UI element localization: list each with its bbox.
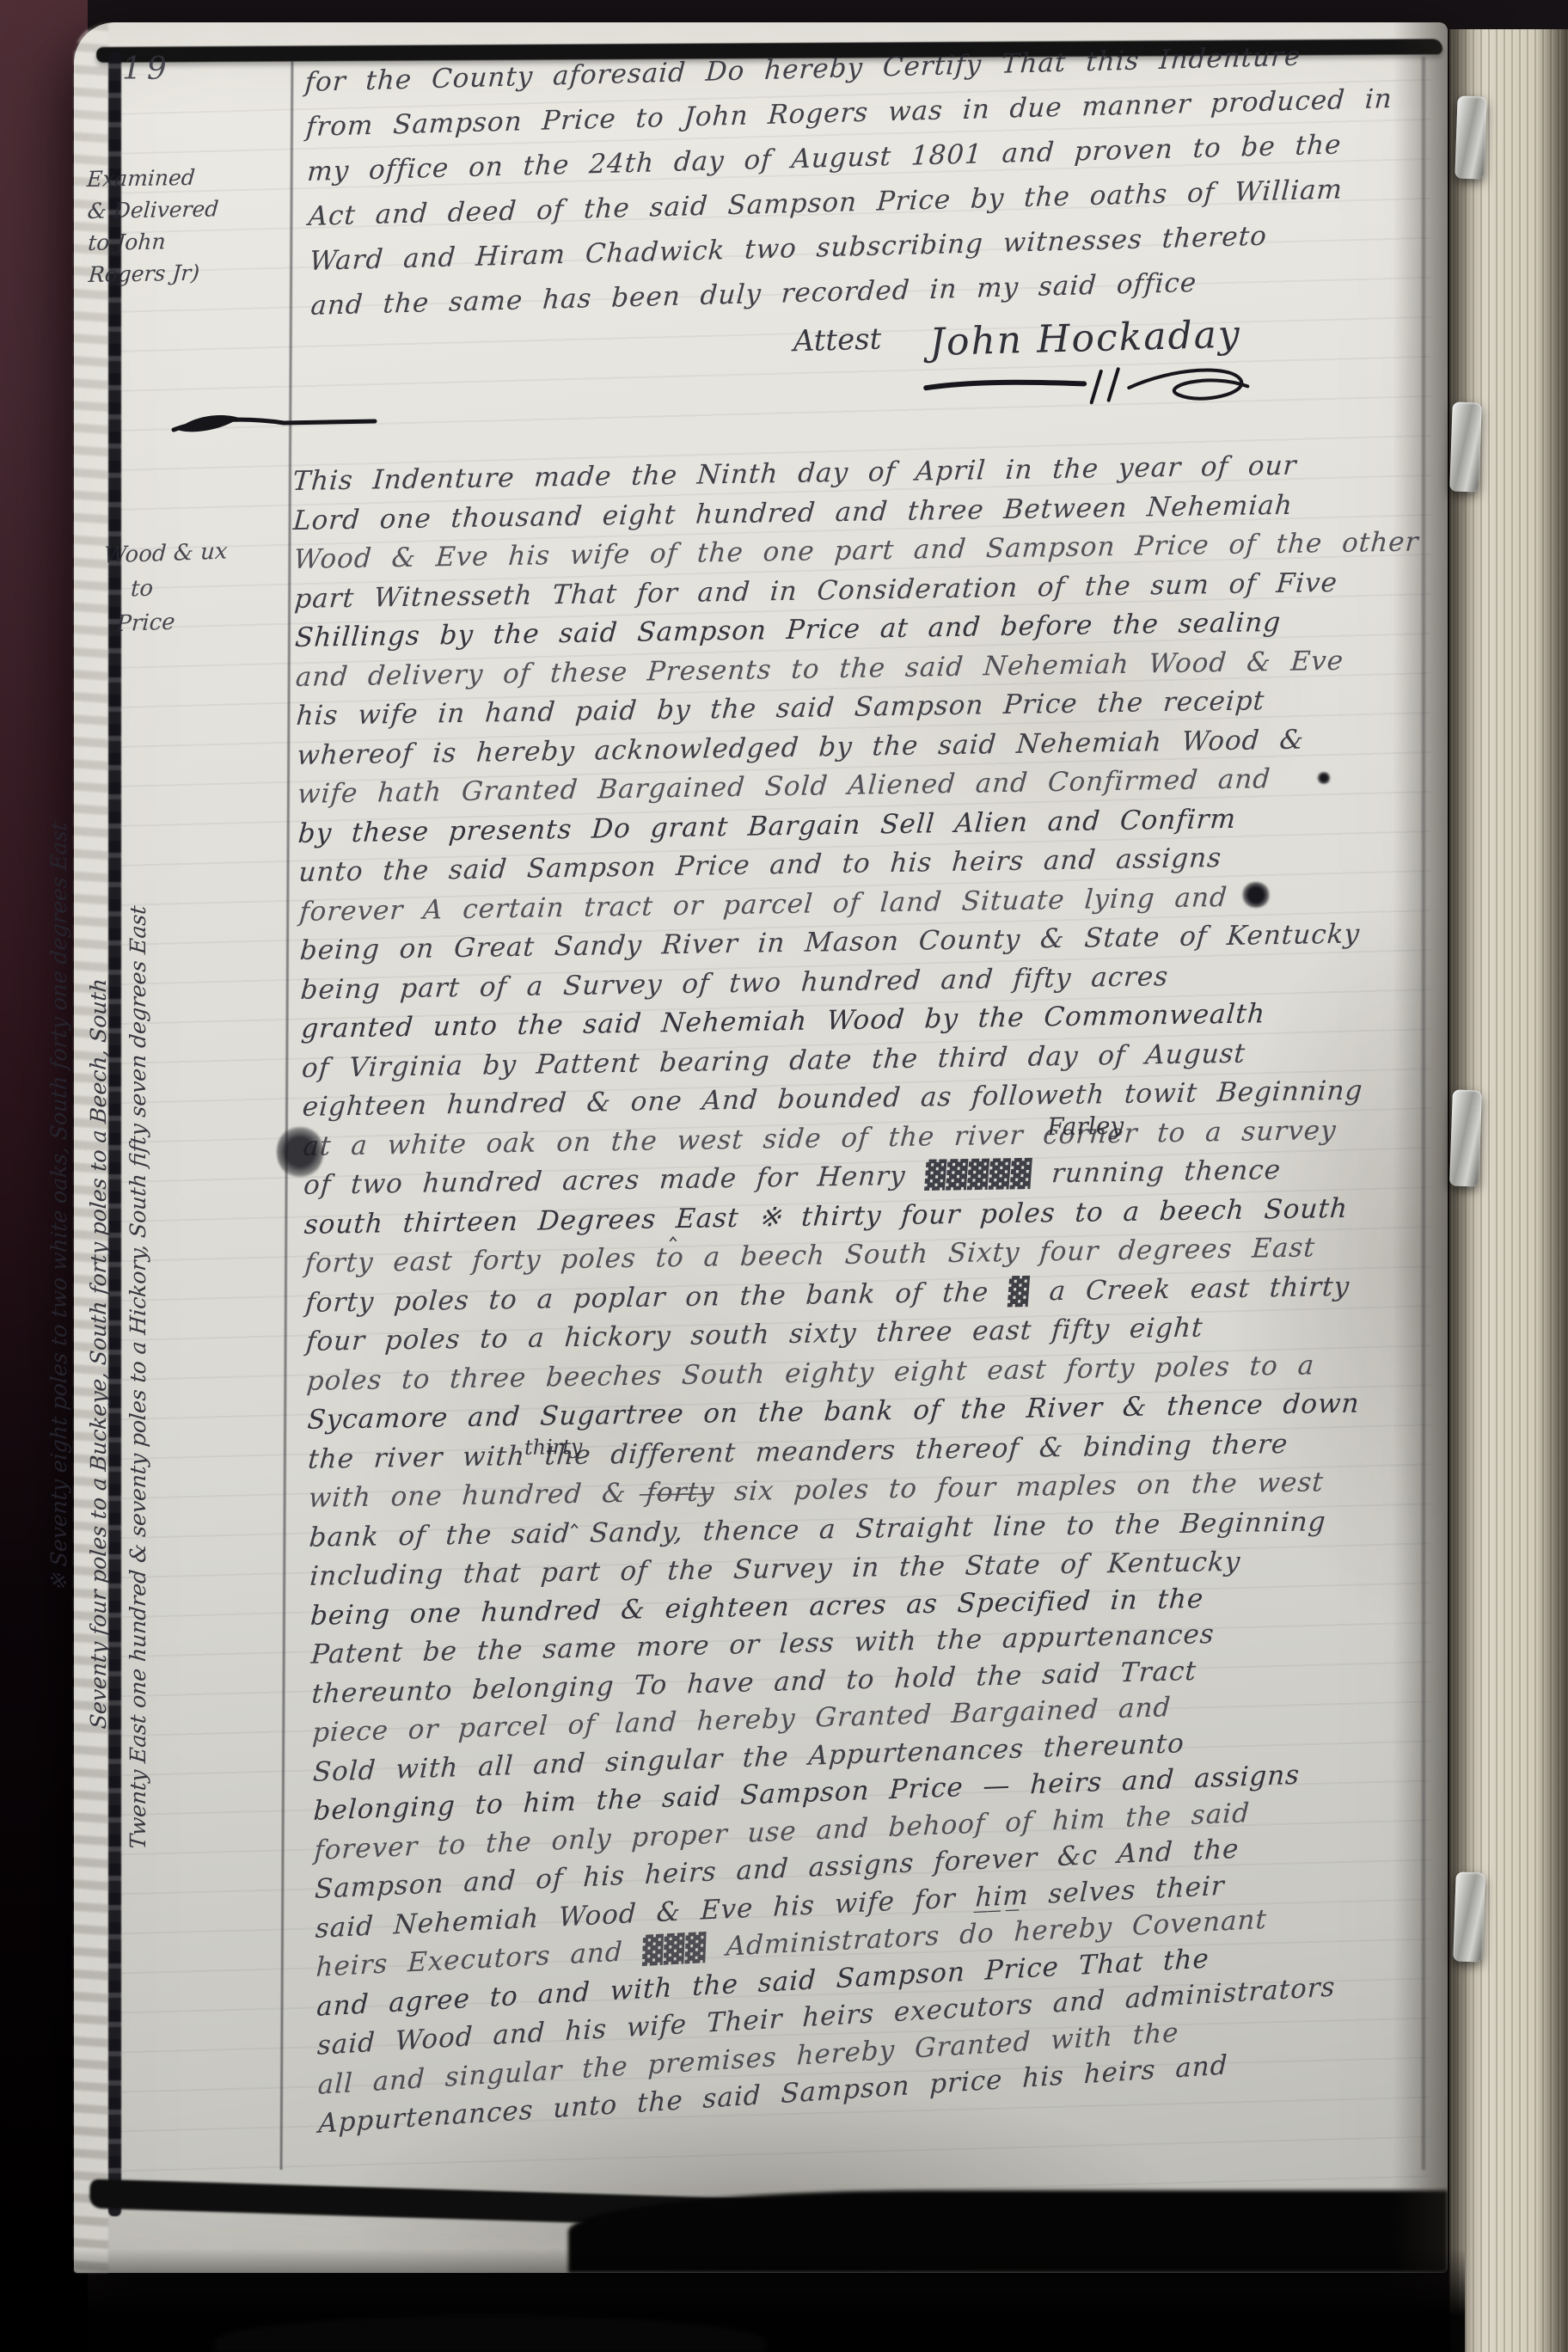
margin-note-line: Wood & ux — [103, 534, 229, 573]
binding-clip — [1449, 1089, 1482, 1186]
binding-clip — [1453, 1871, 1485, 1962]
photo-bottom-shadow — [0, 2249, 1465, 2352]
margin-survey-insertion: ※ Seventy eight poles to two white oaks,… — [40, 663, 162, 1849]
margin-note-parties: Wood & uxtoPrice — [103, 535, 230, 642]
certification-block: for the County aforesaid Do hereby Certi… — [304, 31, 1438, 381]
margin-note-line: Examined — [86, 160, 283, 195]
document-photo: 19 Examined& Deliveredto JohnRogers Jr) … — [0, 0, 1568, 2352]
margin-note-line: Price — [115, 603, 230, 641]
deed-body-lines: This Indenture made the Ninth day of Apr… — [292, 444, 1467, 2144]
pen-flourish-divider-icon — [170, 411, 380, 438]
page-number: 19 — [122, 52, 172, 87]
margin-note-line: Seventy four poles to a Buckeye, South f… — [79, 661, 119, 1851]
margin-note-line: Rogers Jr) — [88, 255, 285, 291]
insertion-caret: ‸ — [570, 1500, 579, 1528]
book-fore-edge-pages — [1449, 29, 1568, 2352]
margin-note-examined: Examined& Deliveredto JohnRogers Jr) — [87, 160, 284, 291]
margin-note-line: ※ Seventy eight poles to two white oaks,… — [40, 661, 79, 1851]
certification-lines: for the County aforesaid Do hereby Certi… — [304, 31, 1437, 328]
ink-blot — [277, 1124, 323, 1179]
signature-flourish-icon — [922, 362, 1258, 422]
attest-label: Attest — [793, 322, 882, 359]
margin-note-line: Twenty East one hundred & seventy poles … — [119, 661, 158, 1851]
margin-note-line: to — [130, 568, 230, 606]
insertion-caret: ‸ — [669, 1213, 677, 1241]
clerk-signature-wrap: John Hockaday — [929, 313, 1242, 364]
ink-blot — [1317, 772, 1331, 784]
deed-book-page: 19 Examined& Deliveredto JohnRogers Jr) … — [74, 22, 1448, 2273]
binding-clip — [1455, 95, 1486, 179]
margin-note-line: to John — [87, 224, 284, 259]
ink-blot — [1241, 882, 1271, 908]
deed-body-block: This Indenture made the Ninth day of Apr… — [292, 444, 1467, 2144]
binding-clip — [1449, 401, 1482, 492]
interlined-word-thirty: thirty — [524, 1435, 583, 1460]
clerk-signature: John Hockaday — [929, 313, 1242, 364]
margin-note-line: & Delivered — [86, 192, 283, 227]
interlined-word-farley: Farley — [1047, 1112, 1124, 1141]
